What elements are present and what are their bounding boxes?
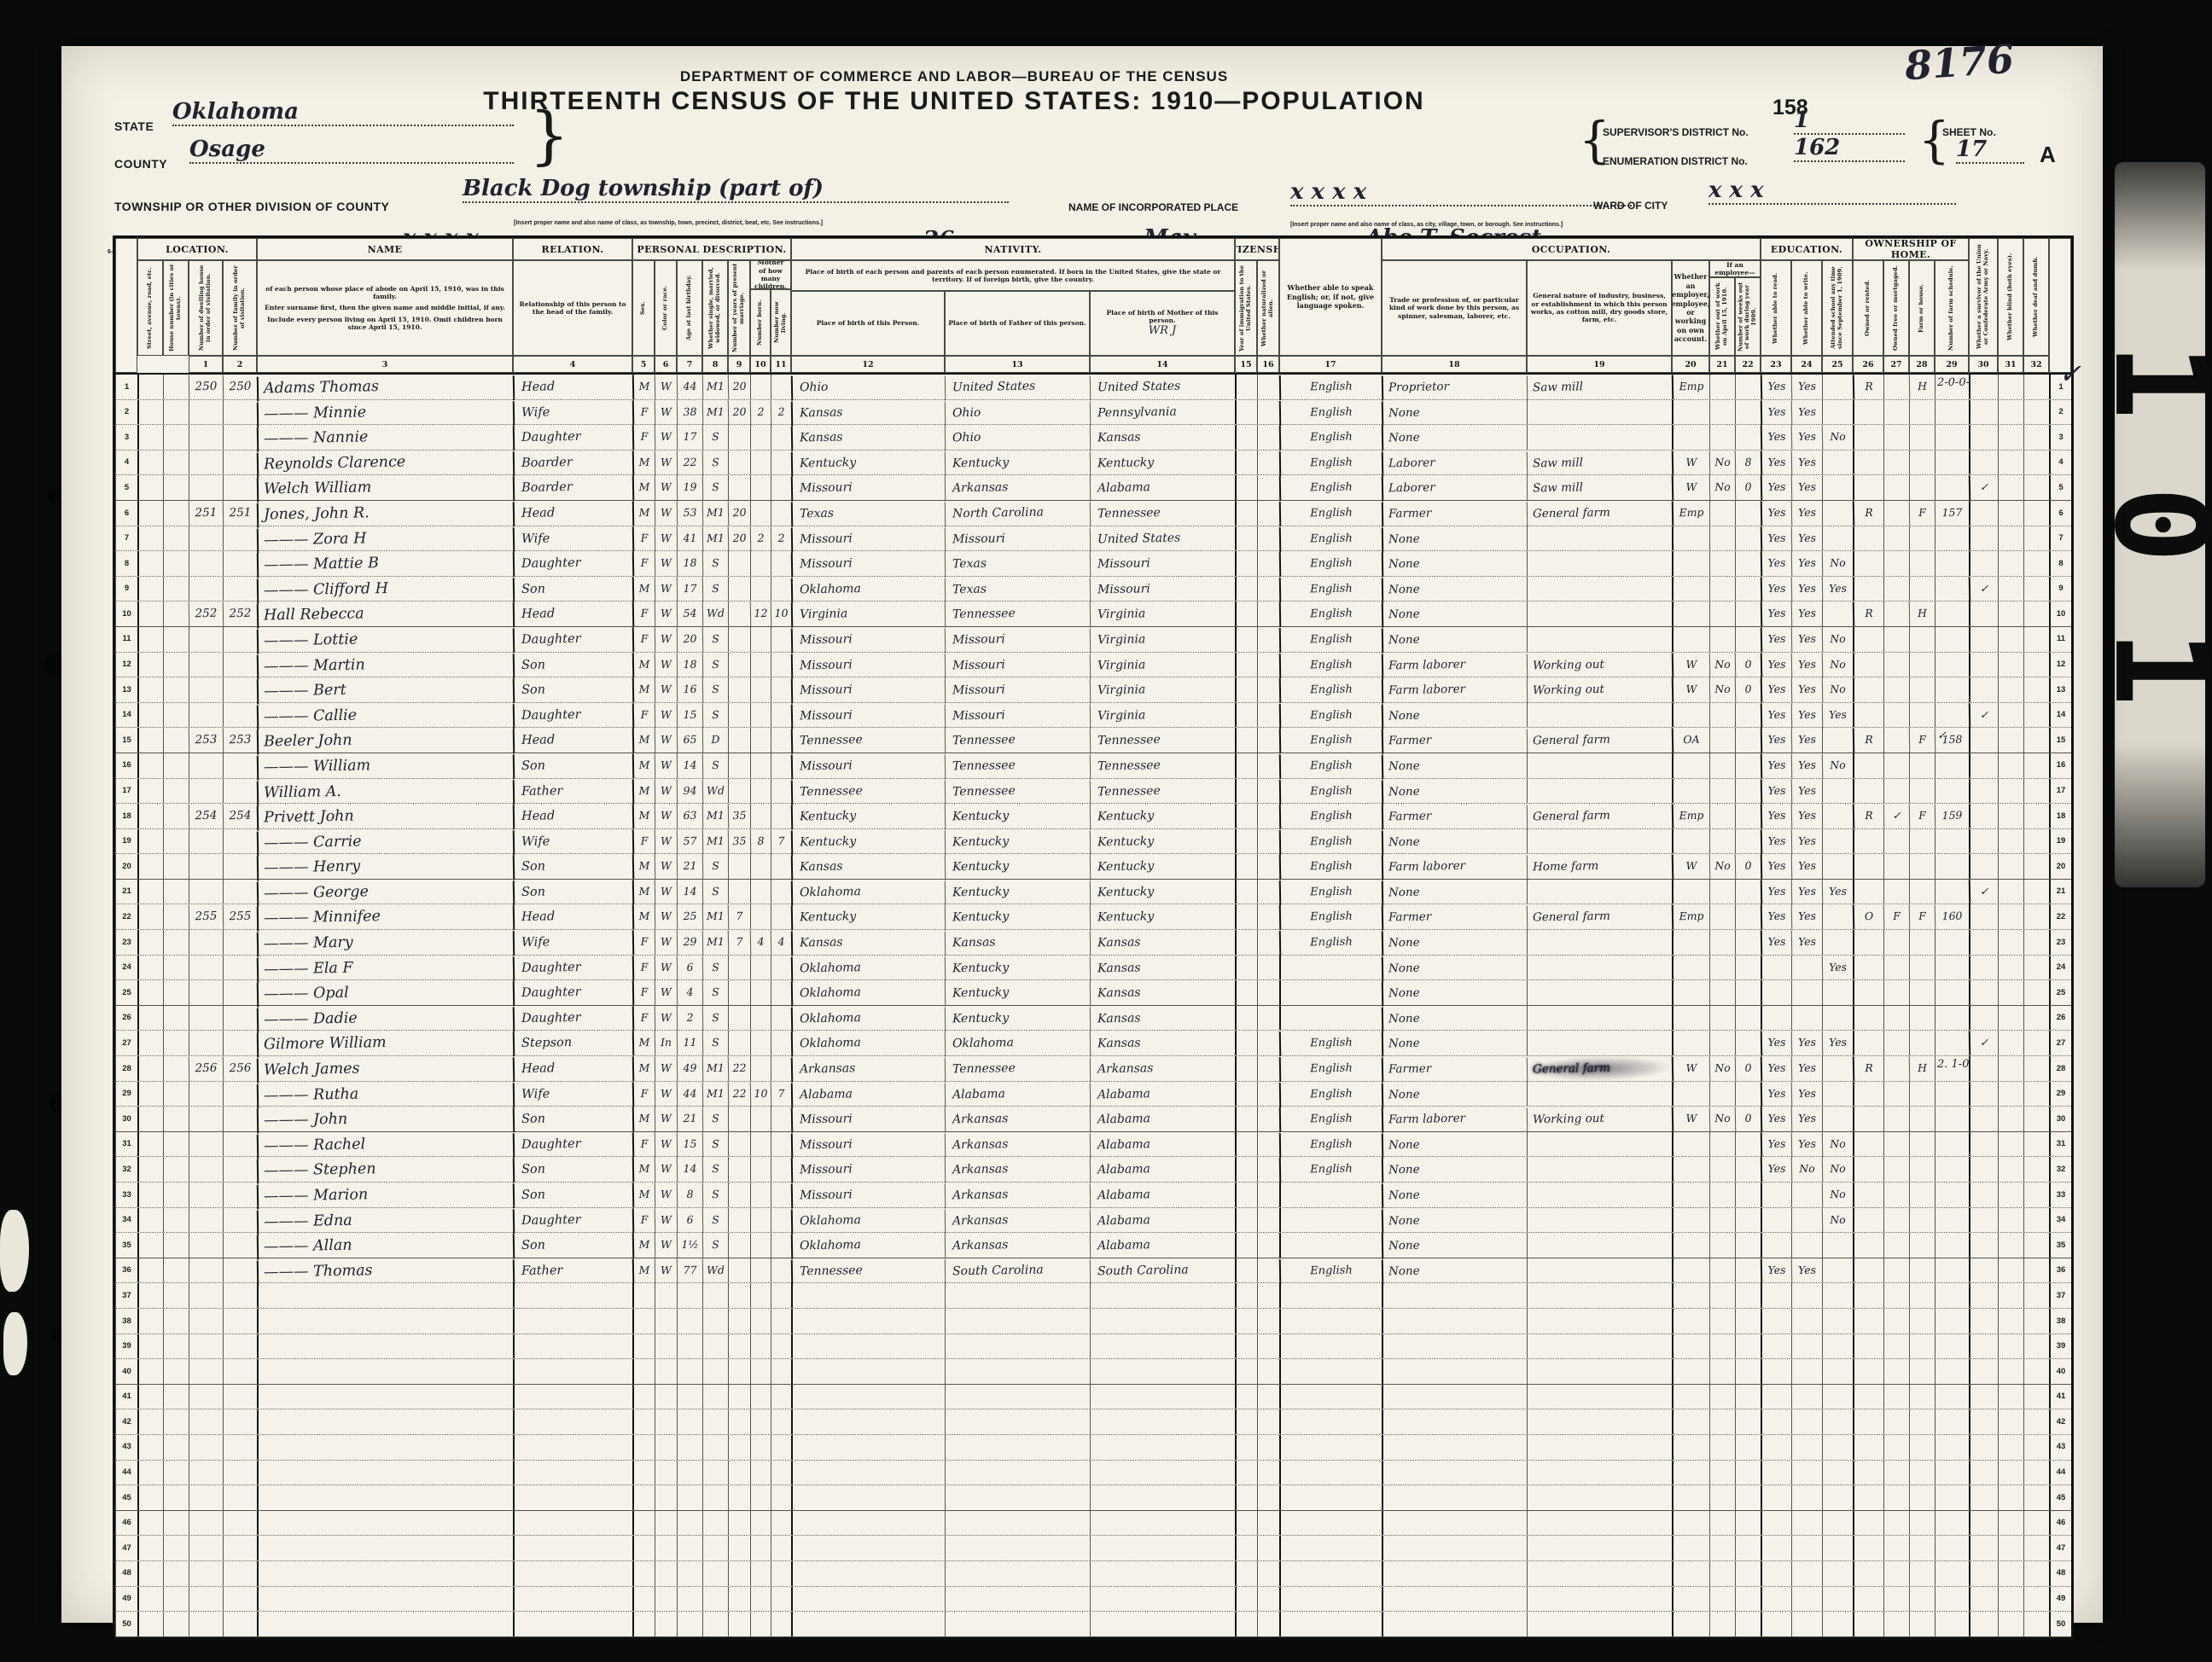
cell-bp	[791, 1561, 945, 1586]
cell-ind	[1527, 1208, 1672, 1233]
cell-bd	[1998, 956, 2023, 980]
cell-mb: Alabama	[1090, 1232, 1235, 1259]
cell-em: W	[1672, 450, 1709, 474]
cell-en	[1279, 1511, 1382, 1536]
cell-mb: Tennessee	[1090, 777, 1235, 805]
cell-rn2: 22	[2049, 904, 2071, 929]
cell-mb: Tennessee	[1090, 727, 1235, 754]
cell-im	[1235, 1461, 1257, 1485]
cell-en: English	[1279, 500, 1382, 526]
cell-dw	[189, 1132, 223, 1157]
column-number-16: 16	[1257, 356, 1279, 373]
header-header-cell	[2049, 238, 2071, 373]
cell-im	[1235, 1385, 1257, 1409]
cell-ho	[163, 1258, 189, 1283]
header-trade: Trade or profession of, or particular ki…	[1382, 260, 1527, 356]
cell-rd: Yes	[1761, 375, 1791, 399]
cell-st	[137, 980, 163, 1005]
cell-sn	[1935, 703, 1969, 728]
cell-sc	[1822, 1006, 1853, 1031]
cell-sc	[1822, 375, 1853, 399]
cell-fm	[223, 400, 257, 425]
cell-ow	[1709, 375, 1735, 399]
cell-wr: Yes	[1791, 880, 1822, 904]
cell-ho	[163, 1561, 189, 1586]
column-number-14: 14	[1090, 356, 1235, 373]
cell-fr	[1883, 1359, 1909, 1384]
cell-rn2: 32	[2049, 1157, 2071, 1182]
cell-ms: S	[702, 753, 728, 778]
cell-en: English	[1279, 677, 1382, 703]
cell-ym: 20	[728, 375, 750, 399]
cell-ho	[163, 1031, 189, 1055]
cell-rn: 32	[115, 1157, 137, 1182]
cell-en: English	[1279, 904, 1382, 930]
cell-ho	[163, 1536, 189, 1560]
cell-ow	[1709, 627, 1735, 652]
cell-st	[137, 601, 163, 626]
cell-en: English	[1279, 803, 1382, 829]
cell-co	[655, 1612, 677, 1636]
cell-rn: 16	[115, 753, 137, 778]
header-marital: Whether single, married, widowed, or div…	[702, 260, 728, 356]
table-row-39: 3939	[115, 1334, 2071, 1360]
cell-rl	[513, 1359, 632, 1384]
cell-tr	[1382, 1461, 1527, 1485]
cell-cb	[750, 703, 771, 728]
cell-cb	[750, 728, 771, 753]
cell-on: R	[1853, 375, 1883, 399]
cell-ag: 17	[677, 425, 702, 450]
cell-rn2: 2	[2049, 400, 2071, 425]
cell-rn2: 14	[2049, 703, 2071, 728]
header-header-cell	[115, 238, 137, 373]
cell-fb	[945, 1461, 1090, 1485]
cell-fm	[223, 854, 257, 879]
cell-bd	[1998, 1485, 2023, 1510]
cell-bp: Kansas	[791, 928, 945, 956]
cell-ow	[1709, 1334, 1735, 1359]
cell-vt	[1969, 1461, 1998, 1485]
cell-wr	[1791, 1485, 1822, 1510]
cell-rn: 46	[115, 1511, 137, 1536]
cell-rl: Daughter	[513, 701, 632, 728]
cell-mb: Alabama	[1090, 474, 1235, 502]
cell-tr: None	[1382, 525, 1527, 552]
cell-co: W	[655, 854, 677, 879]
cell-rl: Son	[513, 677, 632, 703]
cell-rl: Wife	[513, 1080, 632, 1107]
cell-na	[1257, 930, 1279, 955]
cell-sn	[1935, 526, 1969, 551]
cell-sx	[632, 1334, 655, 1359]
cell-on	[1853, 829, 1883, 854]
cell-rn: 7	[115, 526, 137, 551]
cell-im	[1235, 1157, 1257, 1182]
cell-rd: Yes	[1761, 930, 1791, 955]
cell-na	[1257, 551, 1279, 576]
cell-wk	[1735, 753, 1761, 778]
cell-rl: Wife	[513, 828, 632, 854]
department-line: DEPARTMENT OF COMMERCE AND LABOR—BUREAU …	[61, 68, 1847, 85]
cell-cl	[771, 1056, 791, 1081]
cell-sc	[1822, 1485, 1853, 1510]
cell-st	[137, 804, 163, 828]
cell-on	[1853, 1435, 1883, 1460]
cell-ow	[1709, 1612, 1735, 1636]
cell-co: W	[655, 425, 677, 450]
cell-en	[1279, 1359, 1382, 1384]
column-number-10: 10	[750, 356, 771, 373]
cell-ho	[163, 653, 189, 677]
cell-vt	[1969, 1056, 1998, 1081]
cell-wr: Yes	[1791, 854, 1822, 879]
cell-en: English	[1279, 626, 1382, 653]
cell-rn2: 31	[2049, 1132, 2071, 1157]
cell-st	[137, 1511, 163, 1536]
cell-cl	[771, 501, 791, 526]
cell-cl	[771, 1283, 791, 1308]
cell-cb	[750, 1435, 771, 1460]
cell-ow	[1709, 1031, 1735, 1055]
cell-on	[1853, 677, 1883, 702]
cell-wr: Yes	[1791, 1056, 1822, 1081]
cell-df	[2023, 1561, 2049, 1586]
cell-ind	[1527, 400, 1672, 425]
cell-ow	[1709, 1587, 1735, 1612]
cell-cb	[750, 1511, 771, 1536]
cell-ym: 7	[728, 930, 750, 955]
cell-ag	[677, 1536, 702, 1560]
cell-fm	[223, 1031, 257, 1055]
cell-en	[1279, 1208, 1382, 1233]
cell-na	[1257, 779, 1279, 804]
cell-st	[137, 904, 163, 929]
cell-en	[1279, 1587, 1382, 1612]
table-row-10: 10252252Hall RebeccaHeadFW54Wd1210Virgin…	[115, 601, 2071, 627]
cell-dw	[189, 1258, 223, 1283]
cell-on	[1853, 526, 1883, 551]
cell-ag: 94	[677, 778, 702, 803]
cell-im	[1235, 804, 1257, 828]
header-relation: RELATION.	[513, 238, 632, 260]
cell-rn2: 34	[2049, 1208, 2071, 1233]
cell-ow	[1709, 1359, 1735, 1384]
cell-ho	[163, 880, 189, 904]
table-row-5: 5Welch WilliamBoarderMW19SMissouriArkans…	[115, 475, 2071, 501]
cell-sc	[1822, 1561, 1853, 1586]
cell-st	[137, 1409, 163, 1434]
cell-im	[1235, 1107, 1257, 1131]
cell-nm: ——— Minnie	[257, 398, 513, 427]
cell-ind	[1527, 1409, 1672, 1434]
cell-im	[1235, 501, 1257, 526]
cell-fr	[1883, 450, 1909, 475]
cell-wr: Yes	[1791, 677, 1822, 702]
cell-rn2: 21	[2049, 880, 2071, 904]
cell-df	[2023, 1385, 2049, 1409]
cell-tr: None	[1382, 1080, 1527, 1107]
cell-on	[1853, 1082, 1883, 1107]
cell-dw	[189, 1157, 223, 1182]
cell-sx: M	[632, 1258, 655, 1283]
cell-ms: S	[702, 1031, 728, 1055]
cell-sx	[632, 1359, 655, 1384]
cell-im	[1235, 1309, 1257, 1334]
cell-wr	[1791, 1612, 1822, 1636]
cell-rn2: 23	[2049, 930, 2071, 955]
cell-dw	[189, 1561, 223, 1586]
cell-wr	[1791, 1208, 1822, 1233]
cell-wr	[1791, 1461, 1822, 1485]
cell-ow	[1709, 779, 1735, 804]
cell-tr	[1382, 1385, 1527, 1409]
cell-ms	[702, 1461, 728, 1485]
cell-sx: M	[632, 778, 655, 803]
cell-tr: Farmer	[1382, 1055, 1527, 1083]
cell-dw	[189, 425, 223, 450]
cell-na	[1257, 1385, 1279, 1409]
cell-rn: 45	[115, 1485, 137, 1510]
cell-on	[1853, 1132, 1883, 1157]
cell-fh	[1909, 1233, 1935, 1258]
cell-wr: Yes	[1791, 1258, 1822, 1282]
cell-rn2: 41	[2049, 1385, 2071, 1409]
header-home: OWNERSHIP OF HOME.	[1853, 238, 1969, 260]
cell-ind: General farm	[1527, 803, 1672, 830]
column-number-11: 11	[771, 356, 791, 373]
cell-fb: Oklahoma	[945, 1030, 1090, 1057]
cell-nm	[257, 1612, 513, 1636]
cell-em	[1672, 1587, 1709, 1612]
cell-ag: 6	[677, 955, 702, 979]
cell-dw	[189, 1409, 223, 1434]
cell-rl: Son	[513, 576, 632, 602]
cell-rn2: 11	[2049, 627, 2071, 652]
cell-rd: Yes	[1761, 1031, 1791, 1055]
cell-wk	[1735, 577, 1761, 601]
cell-df	[2023, 1485, 2049, 1510]
cell-ms: Wd	[702, 601, 728, 626]
table-row-44: 4444	[115, 1461, 2071, 1486]
census-scan-page: { "stamp": "8176", "page_number": "158",…	[0, 0, 2212, 1662]
cell-st	[137, 1561, 163, 1586]
cell-dw	[189, 400, 223, 425]
cell-ms: S	[702, 702, 728, 727]
cell-ym: 22	[728, 1081, 750, 1106]
cell-tr: Farm laborer	[1382, 677, 1527, 704]
cell-ms	[702, 1536, 728, 1560]
cell-en	[1279, 980, 1382, 1005]
cell-nm	[257, 1309, 513, 1334]
cell-mb: Virginia	[1090, 625, 1235, 653]
cell-df	[2023, 1031, 2049, 1055]
cell-df	[2023, 1132, 2049, 1157]
cell-cl	[771, 1612, 791, 1636]
cell-cl	[771, 1157, 791, 1182]
cell-st	[137, 1082, 163, 1107]
cell-cb	[750, 1359, 771, 1384]
cell-fh	[1909, 1031, 1935, 1055]
cell-df	[2023, 1283, 2049, 1308]
cell-ms: D	[702, 728, 728, 753]
cell-sn	[1935, 1233, 1969, 1258]
cell-im	[1235, 1561, 1257, 1586]
cell-rl	[513, 1283, 632, 1308]
cell-sc: Yes	[1822, 702, 1853, 727]
cell-ho	[163, 1309, 189, 1334]
cell-bd	[1998, 904, 2023, 929]
cell-rl: Father	[513, 1258, 632, 1284]
state-label: STATE	[114, 119, 154, 133]
cell-ho	[163, 677, 189, 702]
cell-on	[1853, 1359, 1883, 1384]
cell-ag	[677, 1612, 702, 1636]
cell-em: Emp	[1672, 904, 1709, 929]
cell-bd	[1998, 425, 2023, 450]
cell-rn: 30	[115, 1107, 137, 1131]
cell-bp	[791, 1334, 945, 1359]
cell-na	[1257, 1612, 1279, 1636]
cell-fh	[1909, 1082, 1935, 1107]
cell-cl	[771, 804, 791, 828]
cell-im	[1235, 1056, 1257, 1081]
cell-df	[2023, 551, 2049, 576]
cell-sc: No	[1822, 677, 1853, 702]
paper-tear	[3, 1312, 27, 1375]
cell-im	[1235, 753, 1257, 778]
cell-nm: Jones, John R.	[257, 498, 513, 527]
cell-tr: Proprietor	[1382, 374, 1527, 401]
cell-on: O	[1853, 904, 1883, 929]
cell-sx: F	[632, 1006, 655, 1031]
cell-fm	[223, 1258, 257, 1283]
cell-df	[2023, 829, 2049, 854]
cell-en	[1279, 1435, 1382, 1460]
cell-fm	[223, 653, 257, 677]
cell-on	[1853, 956, 1883, 980]
cell-im	[1235, 1485, 1257, 1510]
cell-mb: South Carolina	[1090, 1257, 1235, 1284]
cell-fr	[1883, 956, 1909, 980]
cell-st	[137, 475, 163, 500]
cell-cb	[750, 1208, 771, 1233]
cell-rd: Yes	[1761, 828, 1791, 853]
cell-fh	[1909, 1132, 1935, 1157]
cell-st	[137, 653, 163, 677]
cell-on	[1853, 930, 1883, 955]
cell-cb	[750, 880, 771, 904]
cell-bd	[1998, 1385, 2023, 1409]
cell-bd	[1998, 1359, 2023, 1384]
cell-bd	[1998, 980, 2023, 1005]
cell-na	[1257, 1006, 1279, 1031]
cell-df	[2023, 1435, 2049, 1460]
cell-tr	[1382, 1435, 1527, 1460]
cell-ag	[677, 1385, 702, 1409]
cell-dw	[189, 1435, 223, 1460]
cell-fh	[1909, 1258, 1935, 1283]
cell-en: English	[1279, 702, 1382, 729]
cell-st	[137, 1536, 163, 1560]
header-personal: PERSONAL DESCRIPTION.	[632, 238, 791, 260]
cell-cb	[750, 1157, 771, 1182]
cell-fb: Arkansas	[945, 1130, 1090, 1158]
cell-ym	[728, 703, 750, 728]
cell-sn	[1935, 779, 1969, 804]
cell-bd	[1998, 1461, 2023, 1485]
cell-ind	[1527, 1309, 1672, 1334]
cell-ho	[163, 627, 189, 652]
cell-rn: 50	[115, 1612, 137, 1636]
cell-fr	[1883, 1485, 1909, 1510]
cell-wr: Yes	[1791, 576, 1822, 601]
cell-wr: Yes	[1791, 652, 1822, 677]
cell-fh: H	[1909, 601, 1935, 626]
cell-ind	[1527, 1485, 1672, 1510]
cell-bd	[1998, 1157, 2023, 1182]
cell-sc	[1822, 1056, 1853, 1081]
cell-ms: M1	[702, 526, 728, 550]
cell-ow	[1709, 425, 1735, 450]
cell-ind	[1527, 627, 1672, 652]
table-header: LOCATION.Street, avenue, road, etc.House…	[115, 238, 2071, 375]
cell-ho	[163, 1587, 189, 1612]
cell-sn	[1935, 1183, 1969, 1207]
cell-rd: Yes	[1761, 1157, 1791, 1182]
cell-ag: 6	[677, 1207, 702, 1232]
cell-on	[1853, 1208, 1883, 1233]
cell-mb: Alabama	[1090, 1206, 1235, 1234]
cell-co: W	[655, 753, 677, 778]
cell-fh	[1909, 475, 1935, 500]
cell-en: English	[1279, 399, 1382, 426]
cell-vt	[1969, 1435, 1998, 1460]
cell-im	[1235, 526, 1257, 551]
cell-wk	[1735, 904, 1761, 929]
header-veteran: Whether a survivor of the Union or Confe…	[1969, 238, 1998, 356]
cell-fh	[1909, 577, 1935, 601]
cell-st	[137, 425, 163, 450]
cell-fb: Ohio	[945, 424, 1090, 451]
cell-ms: M1	[702, 930, 728, 955]
cell-em	[1672, 1612, 1709, 1636]
paper-tear	[0, 1210, 29, 1292]
cell-co	[655, 1435, 677, 1460]
cell-em	[1672, 779, 1709, 804]
cell-fb: Arkansas	[945, 1156, 1090, 1183]
cell-mb: Kentucky	[1090, 828, 1235, 855]
cell-st	[137, 1334, 163, 1359]
cell-mb: Kansas	[1090, 1030, 1235, 1057]
cell-rn2: 47	[2049, 1536, 2071, 1560]
cell-sn	[1935, 1587, 1969, 1612]
cell-em: W	[1672, 677, 1709, 702]
cell-ow	[1709, 1536, 1735, 1560]
cell-ms: S	[702, 1132, 728, 1157]
cell-rn: 3	[115, 425, 137, 450]
cell-cl	[771, 956, 791, 980]
cell-ho	[163, 829, 189, 854]
cell-na	[1257, 375, 1279, 399]
cell-rn: 1	[115, 375, 137, 399]
cell-rd: Yes	[1761, 1132, 1791, 1157]
cell-st	[137, 1461, 163, 1485]
table-row-49: 4949	[115, 1587, 2071, 1613]
cell-wk	[1735, 400, 1761, 425]
cell-rl	[513, 1485, 632, 1510]
cell-on	[1853, 779, 1883, 804]
